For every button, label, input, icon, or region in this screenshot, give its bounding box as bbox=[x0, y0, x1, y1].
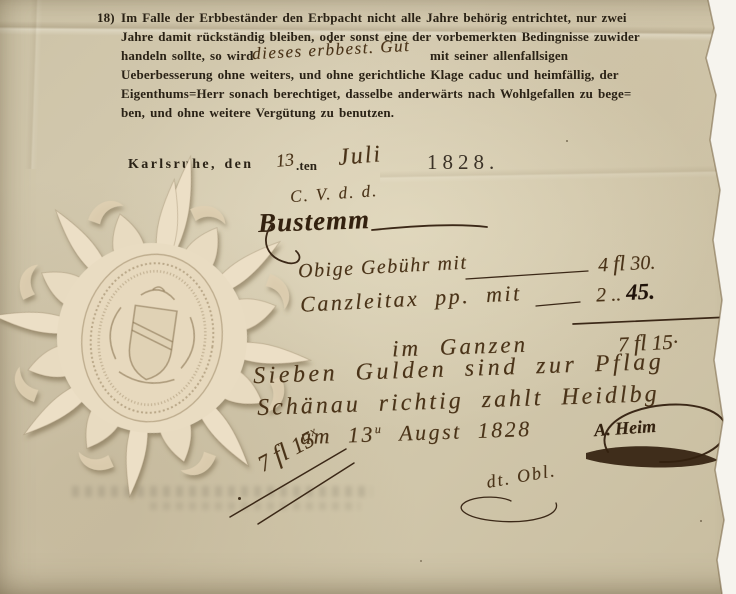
fee-row1-label: Obige Gebühr mit bbox=[298, 252, 469, 284]
fee-row1-dash-line bbox=[466, 271, 588, 279]
florin-symbol: fl bbox=[612, 250, 626, 276]
clerk-signature-tail bbox=[372, 225, 487, 230]
fee-row2-gulden: 2 .. bbox=[596, 283, 622, 306]
fee-row2-dash-line bbox=[536, 302, 580, 306]
clause-line-4: Ueberbesserung ohne weiters, und ohne ge… bbox=[121, 65, 619, 84]
dateline-day: 13 bbox=[275, 149, 295, 172]
dateline-day-suffix: .ten bbox=[296, 156, 317, 175]
clause-number: 18) bbox=[97, 8, 115, 27]
receipt-line-3: am 13u Augst 1828 bbox=[300, 416, 532, 450]
sum-rule-line bbox=[573, 317, 730, 324]
receipt-signature: A. Heim bbox=[593, 416, 656, 441]
clause-line-5: Eigenthums=Herr sonach berechtiget, dass… bbox=[121, 84, 631, 103]
ink-speck bbox=[420, 560, 422, 562]
fold-crease-left-vertical bbox=[25, 0, 43, 169]
fee-row2-kreuzer: 45. bbox=[625, 278, 655, 304]
clause-line-3a: handeln sollte, so wird bbox=[121, 46, 254, 65]
signature-flourish-thick-stroke bbox=[586, 446, 718, 467]
fee-row1-amount: 4 fl 30. bbox=[597, 249, 656, 278]
dateline-year: 1828. bbox=[427, 150, 499, 175]
ink-speck bbox=[566, 140, 568, 142]
bottom-note-flourish bbox=[461, 497, 556, 522]
fee-row2-amount: 2 .. 45. bbox=[595, 278, 655, 307]
clerk-signature: Bustemm bbox=[257, 204, 370, 239]
fee-row1-kreuzer: 30. bbox=[630, 252, 656, 275]
bottom-abbreviation-note: dt. Obl. bbox=[485, 460, 558, 493]
ink-speck bbox=[700, 520, 702, 522]
fee-row1-gulden: 4 bbox=[598, 254, 609, 276]
clause-line-1: Im Falle der Erbbeständer den Erbpacht n… bbox=[121, 8, 627, 27]
clause-line-3b: mit seiner allenfallsigen bbox=[430, 46, 568, 65]
receipt-line-3b: Augst 1828 bbox=[383, 416, 532, 446]
dateline-month: Juli bbox=[337, 141, 383, 172]
fee-row2-label: Canzleitax pp. mit bbox=[299, 280, 522, 318]
document-scan: 18) Im Falle der Erbbeständer den Erbpac… bbox=[0, 0, 736, 594]
clause-line-6: ben, und ohne weitere Vergütung zu benut… bbox=[121, 103, 394, 122]
